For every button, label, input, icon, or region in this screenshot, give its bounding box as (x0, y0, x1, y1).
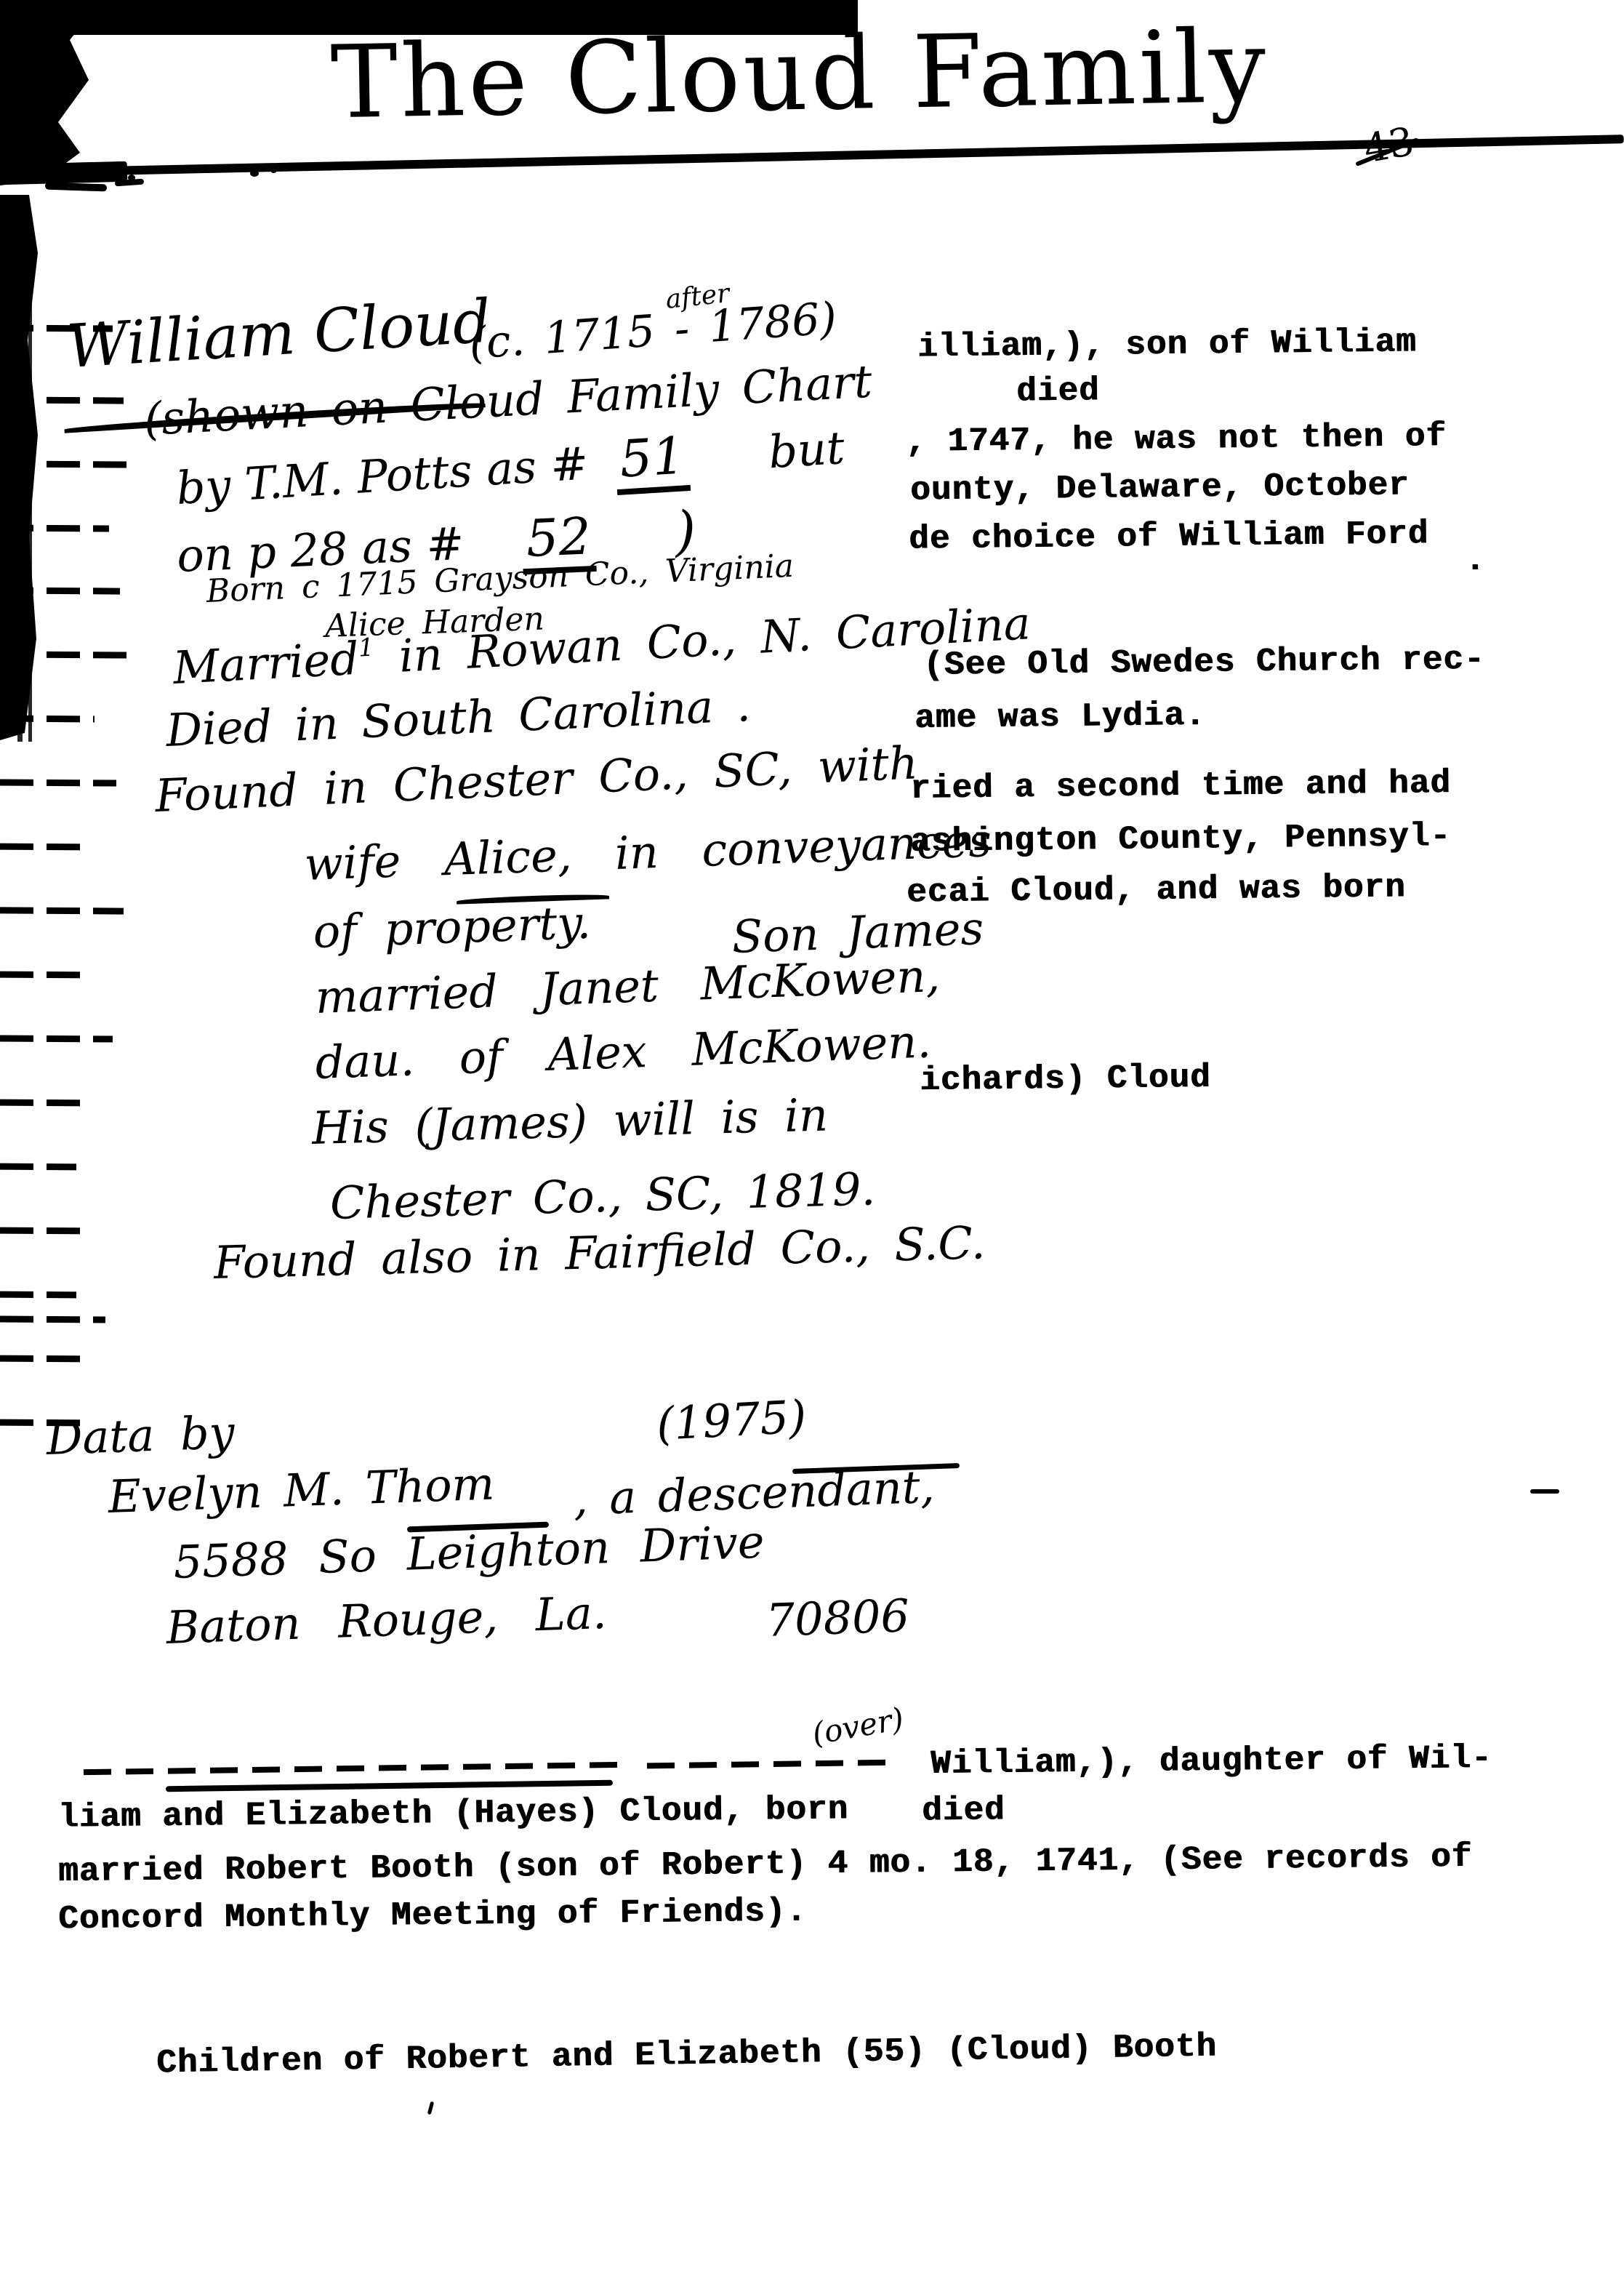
left-margin-dash-artifact (0, 396, 124, 404)
rule-speck (270, 167, 277, 173)
typed-line: William,), daughter of Wil- (930, 1739, 1492, 1783)
left-margin-dash-artifact (0, 1315, 105, 1323)
right-margin-dash-artifact (1530, 1489, 1559, 1494)
hw-zip: 70806 (765, 1589, 910, 1647)
hw-property-line: of property. (312, 896, 591, 958)
typed-line: died (1016, 372, 1100, 410)
typed-line: married Robert Booth (son of Robert) 4 m… (58, 1838, 1473, 1891)
rule-speck (250, 170, 259, 177)
hw-evelyn: Evelyn M. Thom (107, 1456, 495, 1523)
left-margin-dash-artifact (0, 907, 124, 914)
typed-period: . (1465, 542, 1486, 580)
faded-typed-line-artifact (647, 1760, 894, 1769)
left-margin-dash-artifact (0, 716, 95, 723)
left-margin-dash-artifact (0, 1163, 76, 1171)
typed-line: ried a second time and had (910, 764, 1451, 808)
left-margin-dash-artifact (0, 587, 120, 594)
left-margin-dash-artifact (0, 524, 109, 532)
left-margin-dash-artifact (0, 324, 113, 332)
hw-will-line: His (James) will is in (311, 1088, 829, 1155)
title-rule-left-thick-artifact (0, 161, 127, 185)
left-margin-dash-artifact (0, 1355, 91, 1363)
typed-line: illiam,), son of William (917, 323, 1417, 366)
page-title: The Cloud Family (330, 8, 1270, 141)
typed-line: (See Old Swedes Church rec- (923, 641, 1485, 684)
hw-name: William Cloud (65, 287, 493, 382)
faded-line-underline-artifact (166, 1780, 613, 1792)
typed-line: , 1747, he was not then of (906, 417, 1447, 461)
faded-typed-line-artifact (84, 1762, 622, 1775)
left-margin-dash-artifact (0, 1035, 113, 1042)
rule-speck (128, 175, 135, 181)
typed-line: ashington County, Pennsyl- (910, 817, 1451, 861)
hw-potts-post: but (767, 421, 846, 478)
typed-line: ounty, Delaware, October (910, 466, 1410, 509)
hw-married-line: Married1 in Rowan Co., N. Carolina (172, 596, 1032, 694)
left-margin-dash-artifact (0, 1419, 84, 1427)
typed-line: ichards) Cloud (920, 1059, 1211, 1099)
left-margin-dash-artifact (0, 1099, 84, 1107)
hw-city: Baton Rouge, La. (165, 1586, 607, 1654)
hw-potts-number: 51 (614, 425, 691, 495)
hw-chester-line: Chester Co., SC, 1819. (329, 1162, 876, 1230)
typed-line: ame was Lydia. (914, 697, 1206, 737)
left-margin-dash-artifact (0, 779, 116, 786)
left-margin-dash-artifact (0, 460, 134, 468)
hw-address: 5588 So Leighton Drive (172, 1515, 765, 1589)
typed-children-heading: Children of Robert and Elizabeth (55) (C… (156, 2028, 1217, 2083)
margin-scribble (45, 183, 107, 192)
left-margin-dash-artifact (0, 844, 84, 851)
left-margin-dash-artifact (0, 651, 138, 658)
hw-married-word: Married (172, 632, 360, 694)
hw-potts-pre: by T.M. Potts as # (174, 436, 590, 515)
typed-line: ecai Cloud, and was born (907, 868, 1406, 911)
typed-line: died (922, 1791, 1005, 1830)
hw-wife-line: wife Alice, in conveyances (303, 814, 992, 891)
hw-fairfield-line: Found also in Fairfield Co., S.C. (213, 1216, 986, 1289)
hw-data-by: Data by (45, 1406, 235, 1465)
hw-janet-line: married Janet McKowen, (314, 949, 941, 1024)
typed-line: liam and Elizabeth (Hayes) Cloud, born (58, 1790, 848, 1836)
stray-tick-artifact (427, 2101, 434, 2115)
typed-line: Concord Monthly Meeting of Friends). (58, 1893, 807, 1939)
left-margin-dash-artifact (0, 1291, 76, 1299)
hw-over-note: (over) (809, 1701, 906, 1752)
hw-dau-line: dau. of Alex McKowen. (314, 1014, 932, 1089)
scanned-page: The Cloud Family 43 William Cloud (c. 17… (0, 0, 1624, 2276)
hw-year: (1975) (655, 1390, 808, 1451)
left-margin-dash-artifact (0, 1227, 91, 1235)
hw-married-superscript: 1 (358, 633, 375, 663)
left-edge-smudge-artifact (17, 287, 42, 742)
left-margin-dash-artifact (0, 971, 91, 979)
typed-line: de choice of William Ford (909, 515, 1429, 558)
hw-dates: (c. 1715 - 1786) (467, 293, 838, 369)
